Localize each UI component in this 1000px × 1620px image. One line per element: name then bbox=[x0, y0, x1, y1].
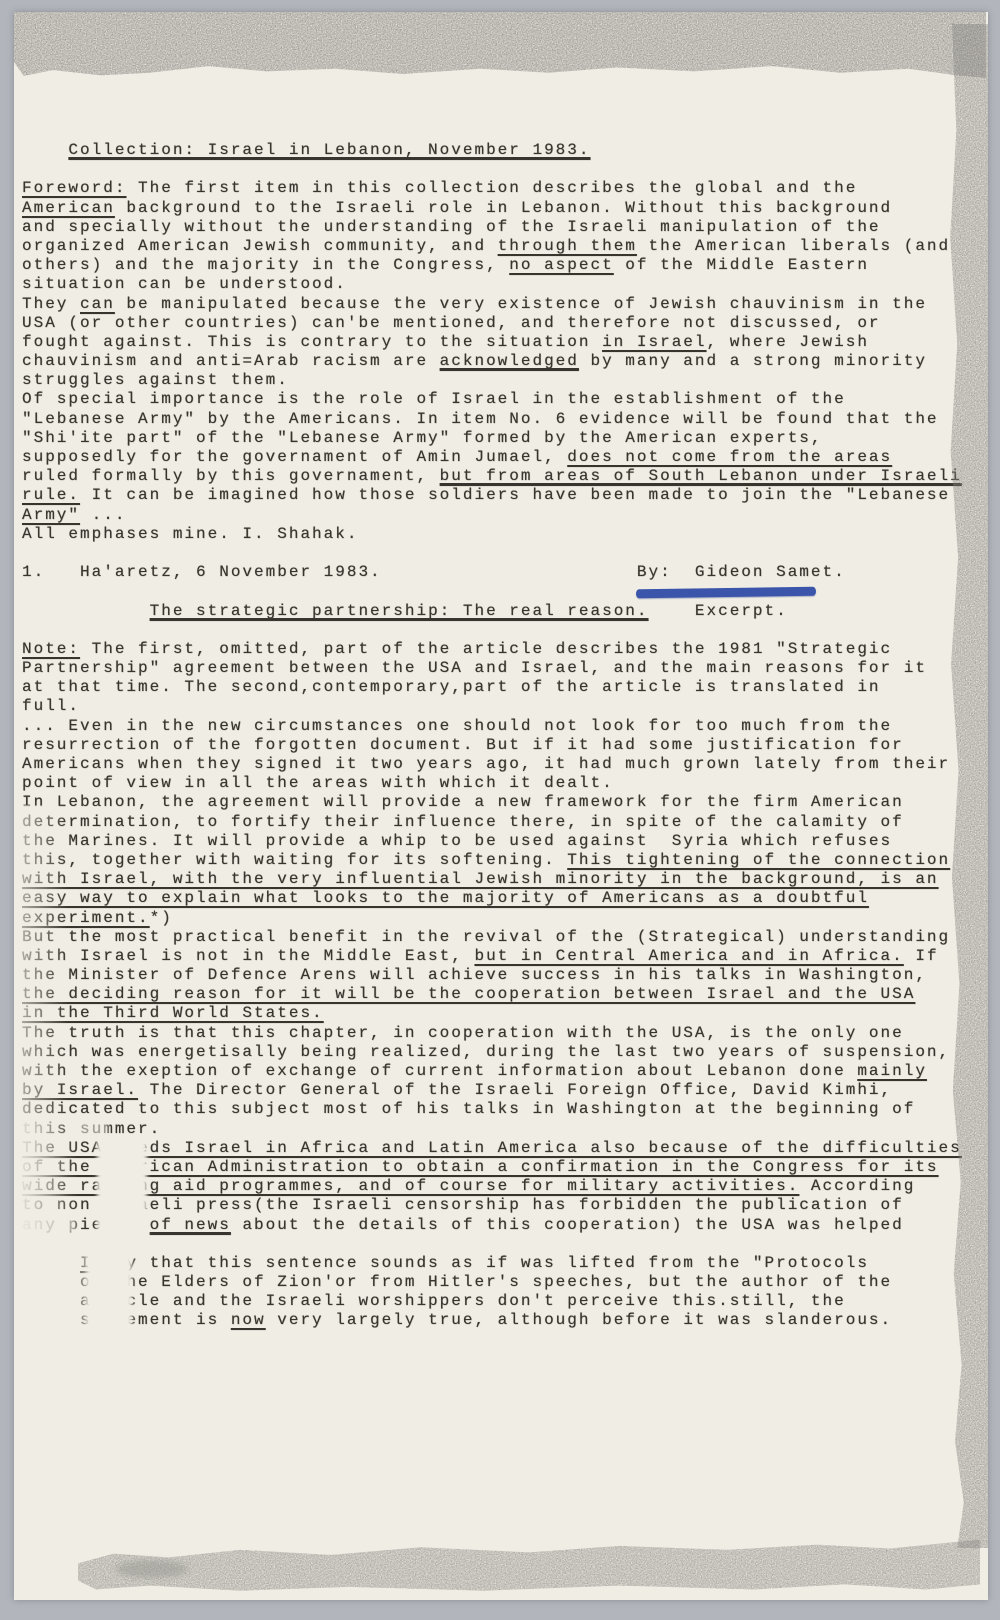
typed-line: USA (or other countries) can'be mentione… bbox=[22, 314, 972, 333]
text-run: "Shi'ite part" of the "Lebanese Army" fo… bbox=[22, 429, 823, 447]
typed-line: Collection: Israel in Lebanon, November … bbox=[22, 141, 972, 160]
text-run bbox=[22, 141, 68, 159]
typed-line: I say that this sentence sounds as if wa… bbox=[22, 1254, 972, 1273]
text-run: Note: bbox=[22, 640, 80, 658]
text-run: the Marines. It will provide a whip to b… bbox=[22, 832, 892, 850]
damage-blotch bbox=[64, 1252, 90, 1334]
scanned-page-scene: Collection: Israel in Lebanon, November … bbox=[0, 0, 1000, 1620]
damage-blotch bbox=[70, 1120, 108, 1138]
typed-line: They can be manipulated because the very… bbox=[22, 295, 972, 314]
text-run: and specially without the understanding … bbox=[22, 218, 881, 236]
typed-line: the Minister of Defence Arens will achie… bbox=[22, 966, 972, 985]
typed-line bbox=[22, 1235, 972, 1254]
text-run: Of special importance is the role of Isr… bbox=[22, 390, 846, 408]
text-run: The strategic partnership: The real reas… bbox=[150, 602, 649, 620]
text-run: organized American Jewish community, and bbox=[22, 237, 498, 255]
typed-line: In Lebanon, the agreement will provide a… bbox=[22, 793, 972, 812]
text-run: The truth is that this chapter, in coope… bbox=[22, 1024, 904, 1042]
text-run: ruled formally by this governament, bbox=[22, 467, 440, 485]
typed-line: chauvinism and anti=Arab racism are ackn… bbox=[22, 352, 972, 371]
text-run: Partnership" agreement between the USA a… bbox=[22, 659, 927, 677]
damage-blotch bbox=[86, 1252, 132, 1334]
typed-line: Note: The first, omitted, part of the ar… bbox=[22, 640, 972, 659]
typed-line: Partnership" agreement between the USA a… bbox=[22, 659, 972, 678]
text-run: with the exeption of exchange of current… bbox=[22, 1062, 857, 1080]
text-run: the Minister of Defence Arens will achie… bbox=[22, 966, 927, 984]
text-run: easy way to explain what looks to the ma… bbox=[22, 889, 869, 907]
text-run bbox=[649, 602, 695, 620]
text-run: supposedly for the governament of Amin J… bbox=[22, 448, 567, 466]
typed-line: experiment.*) bbox=[22, 909, 972, 928]
typed-line: this summer. bbox=[22, 1120, 972, 1139]
text-run: 1. Ha'aretz, 6 November 1983. By: Gideon… bbox=[22, 563, 846, 581]
text-run: background to the Israeli role in Lebano… bbox=[115, 199, 892, 217]
typed-line: The truth is that this chapter, in coope… bbox=[22, 1024, 972, 1043]
text-run: Army" bbox=[22, 506, 80, 524]
text-run: about the details of this cooperation) t… bbox=[231, 1216, 904, 1234]
text-run: rule. bbox=[22, 486, 80, 504]
typed-text: Collection: Israel in Lebanon, November … bbox=[22, 141, 972, 1331]
typed-line bbox=[22, 544, 972, 563]
typed-line: the Marines. It will provide a whip to b… bbox=[22, 832, 972, 851]
text-run: of the American Administration to obtain… bbox=[22, 1158, 939, 1176]
typed-line: fought against. This is contrary to the … bbox=[22, 333, 972, 352]
text-run: American bbox=[22, 199, 115, 217]
typed-line: 1. Ha'aretz, 6 November 1983. By: Gideon… bbox=[22, 563, 972, 582]
text-run: But the most practical benefit in the re… bbox=[22, 928, 950, 946]
typed-line: Americans when they signed it two years … bbox=[22, 755, 972, 774]
text-run: Foreword: bbox=[22, 179, 126, 197]
typed-line: of the American Administration to obtain… bbox=[22, 1158, 972, 1177]
text-run: determination, to fortify their influenc… bbox=[22, 813, 904, 831]
typed-line: to non Israeli press(the Israeli censors… bbox=[22, 1196, 972, 1215]
text-run: through them bbox=[498, 237, 637, 255]
text-run: with Israel, with the very influential J… bbox=[22, 870, 939, 888]
typed-line: of the Elders of Zion'or from Hitler's s… bbox=[22, 1273, 972, 1292]
text-run: fought against. This is contrary to the … bbox=[22, 333, 602, 351]
text-run: "Lebanese Army" by the Americans. In ite… bbox=[22, 410, 939, 428]
text-run: dedicated to this subject most of his ta… bbox=[22, 1100, 915, 1118]
damage-blotch bbox=[97, 1138, 147, 1238]
text-run: Excerpt. bbox=[695, 602, 788, 620]
text-run: the deciding reason for it will be the c… bbox=[22, 985, 915, 1003]
text-run: say that this sentence sounds as if was … bbox=[92, 1254, 869, 1272]
typed-line: at that time. The second,contemporary,pa… bbox=[22, 678, 972, 697]
text-run: mainly bbox=[857, 1062, 927, 1080]
text-run: The first item in this collection descri… bbox=[126, 179, 857, 197]
text-run: by many and a strong minority bbox=[579, 352, 927, 370]
text-run: Collection: Israel in Lebanon, November … bbox=[68, 141, 590, 159]
text-run: It can be imagined how those soldiers ha… bbox=[80, 486, 950, 504]
typed-line: All emphases mine. I. Shahak. bbox=[22, 525, 972, 544]
text-run: of the Elders of Zion'or from Hitler's s… bbox=[22, 1273, 892, 1291]
typed-line: which was energetisally being realized, … bbox=[22, 1043, 972, 1062]
typed-line bbox=[22, 582, 972, 601]
typed-line: The USA needs Israel in Africa and Latin… bbox=[22, 1139, 972, 1158]
typed-line: Of special importance is the role of Isr… bbox=[22, 390, 972, 409]
typed-line: this, together with waiting for its soft… bbox=[22, 851, 972, 870]
damage-blotch bbox=[18, 1214, 76, 1234]
text-run: USA (or other countries) can'be mentione… bbox=[22, 314, 881, 332]
text-run: but from areas of South Lebanon under Is… bbox=[440, 467, 962, 485]
typed-line: with Israel, with the very influential J… bbox=[22, 870, 972, 889]
text-run: which was energetisally being realized, … bbox=[22, 1043, 950, 1061]
typed-line: in the Third World States. bbox=[22, 1004, 972, 1023]
text-run: The first, omitted, part of the article … bbox=[80, 640, 892, 658]
text-run: the American liberals (and bbox=[637, 237, 950, 255]
text-run: All emphases mine. I. Shahak. bbox=[22, 525, 358, 543]
text-run: but in Central America and in Africa. bbox=[474, 947, 903, 965]
typed-line: rule. It can be imagined how those soldi… bbox=[22, 486, 972, 505]
typed-line: by Israel. The Director General of the I… bbox=[22, 1081, 972, 1100]
typed-line: supposedly for the governament of Amin J… bbox=[22, 448, 972, 467]
text-run: Americans when they signed it two years … bbox=[22, 755, 950, 773]
text-run: *) bbox=[150, 909, 173, 927]
text-run: can bbox=[80, 295, 115, 313]
typed-line: Foreword: The first item in this collect… bbox=[22, 179, 972, 198]
text-run: The Director General of the Israeli Fore… bbox=[138, 1081, 892, 1099]
text-run: at that time. The second,contemporary,pa… bbox=[22, 678, 881, 696]
typed-line: "Shi'ite part" of the "Lebanese Army" fo… bbox=[22, 429, 972, 448]
text-run: resurrection of the forgotten document. … bbox=[22, 736, 904, 754]
typed-line: easy way to explain what looks to the ma… bbox=[22, 889, 972, 908]
text-run bbox=[22, 602, 150, 620]
text-run: no aspect bbox=[509, 256, 613, 274]
typed-line: American background to the Israeli role … bbox=[22, 199, 972, 218]
text-run: this, together with waiting for its soft… bbox=[22, 851, 567, 869]
text-run: The USA needs Israel in Africa and Latin… bbox=[22, 1139, 962, 1157]
typed-line: situation can be understood. bbox=[22, 275, 972, 294]
text-run: of the Middle Eastern bbox=[614, 256, 869, 274]
text-run: very largely true, although before it wa… bbox=[266, 1311, 892, 1329]
text-run: article and the Israeli worshippers don'… bbox=[22, 1292, 846, 1310]
typed-line: Army" ... bbox=[22, 506, 972, 525]
typed-line: full. bbox=[22, 697, 972, 716]
text-run: point of view in all the areas with whic… bbox=[22, 774, 614, 792]
text-run: in Israel bbox=[602, 333, 706, 351]
text-run: According bbox=[799, 1177, 915, 1195]
typed-line: with Israel is not in the Middle East, b… bbox=[22, 947, 972, 966]
typed-line bbox=[22, 160, 972, 179]
typed-line: "Lebanese Army" by the Americans. In ite… bbox=[22, 410, 972, 429]
typed-line: organized American Jewish community, and… bbox=[22, 237, 972, 256]
text-run: with Israel is not in the Middle East, bbox=[22, 947, 474, 965]
typed-line: ruled formally by this governament, but … bbox=[22, 467, 972, 486]
text-run: full. bbox=[22, 697, 80, 715]
text-run: In Lebanon, the agreement will provide a… bbox=[22, 793, 904, 811]
typed-line: others) and the majority in the Congress… bbox=[22, 256, 972, 275]
photocopy-smudge bbox=[116, 1560, 188, 1578]
text-run: If bbox=[904, 947, 939, 965]
typed-line: article and the Israeli worshippers don'… bbox=[22, 1292, 972, 1311]
typed-line: struggles against them. bbox=[22, 371, 972, 390]
text-run: others) and the majority in the Congress… bbox=[22, 256, 509, 274]
typed-line: resurrection of the forgotten document. … bbox=[22, 736, 972, 755]
photocopy-noise-top bbox=[14, 12, 986, 78]
typed-line: dedicated to this subject most of his ta… bbox=[22, 1100, 972, 1119]
text-run: be manipulated because the very existenc… bbox=[115, 295, 927, 313]
text-run: does not come from the areas bbox=[567, 448, 892, 466]
text-run: struggles against them. bbox=[22, 371, 289, 389]
text-run: to non Israeli press(the Israeli censors… bbox=[22, 1196, 904, 1214]
typed-line: wide ranging aid programmes, and of cour… bbox=[22, 1177, 972, 1196]
text-run: situation can be understood. bbox=[22, 275, 347, 293]
text-run: of news bbox=[150, 1216, 231, 1234]
typed-line: with the exeption of exchange of current… bbox=[22, 1062, 972, 1081]
text-run: They bbox=[22, 295, 80, 313]
typed-line: determination, to fortify their influenc… bbox=[22, 813, 972, 832]
text-run: ... Even in the new circumstances one sh… bbox=[22, 717, 892, 735]
typed-line: statement is now very largely true, alth… bbox=[22, 1311, 972, 1330]
text-run: chauvinism and anti=Arab racism are bbox=[22, 352, 440, 370]
text-run: This tightening of the connection bbox=[567, 851, 950, 869]
typed-line: point of view in all the areas with whic… bbox=[22, 774, 972, 793]
typed-line: any pieces of news about the details of … bbox=[22, 1216, 972, 1235]
text-run: now bbox=[231, 1311, 266, 1329]
typed-line: and specially without the understanding … bbox=[22, 218, 972, 237]
typed-line: But the most practical benefit in the re… bbox=[22, 928, 972, 947]
typed-line: the deciding reason for it will be the c… bbox=[22, 985, 972, 1004]
text-run: , where Jewish bbox=[707, 333, 869, 351]
typed-line: ... Even in the new circumstances one sh… bbox=[22, 717, 972, 736]
typed-line bbox=[22, 621, 972, 640]
text-run: acknowledged bbox=[440, 352, 579, 370]
typed-line: The strategic partnership: The real reas… bbox=[22, 602, 972, 621]
text-run: ... bbox=[80, 506, 126, 524]
